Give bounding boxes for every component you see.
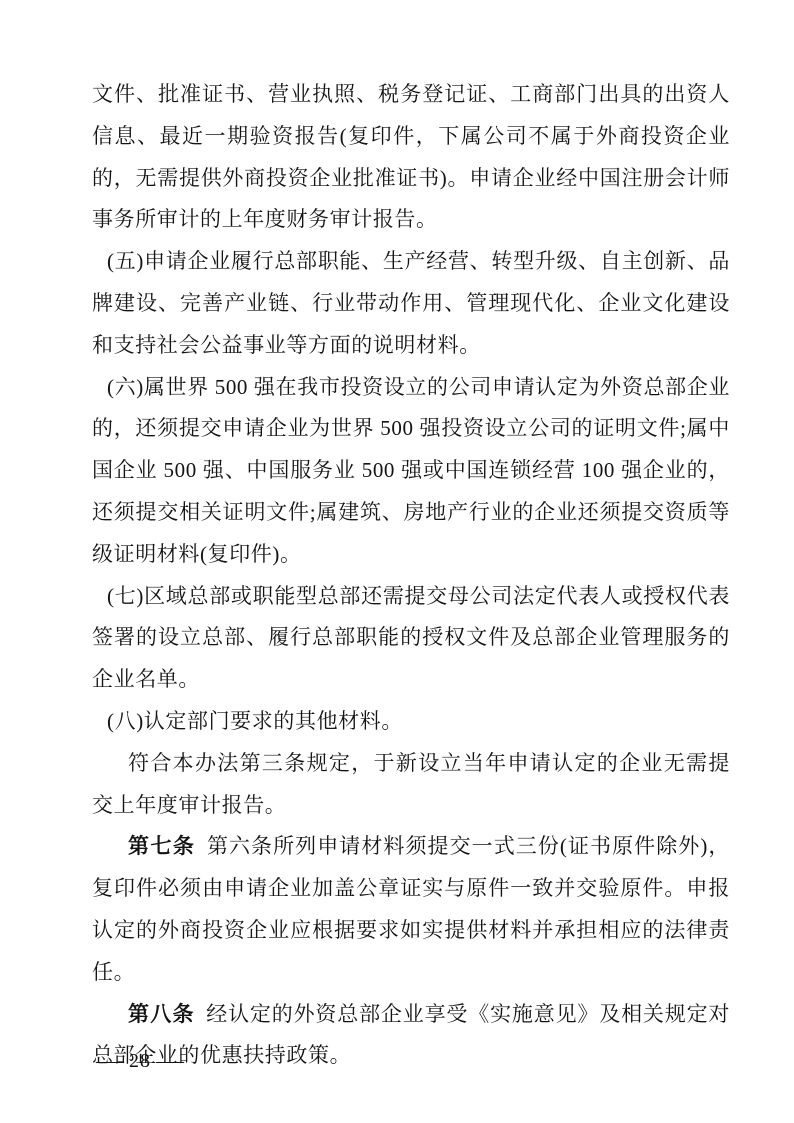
paragraph-continuation: 文件、批准证书、营业执照、税务登记证、工商部门出具的出资人信息、最近一期验资报告…	[92, 74, 730, 241]
document-body: 文件、批准证书、营业执照、税务登记证、工商部门出具的出资人信息、最近一期验资报告…	[92, 74, 730, 1077]
article-8-paragraph: 第八条经认定的外资总部企业享受《实施意见》及相关规定对总部企业的优惠扶持政策。	[92, 994, 730, 1078]
article-7-label: 第七条	[128, 835, 195, 858]
page-footer: —28—	[100, 1050, 180, 1073]
item-6-paragraph: (六)属世界 500 强在我市投资设立的公司申请认定为外资总部企业的，还须提交申…	[92, 367, 730, 576]
footer-left-dash: —	[96, 1050, 124, 1073]
article-8-label: 第八条	[128, 1003, 195, 1026]
paragraph-text: 文件、批准证书、营业执照、税务登记证、工商部门出具的出资人信息、最近一期验资报告…	[92, 82, 730, 231]
paragraph-text: (七)区域总部或职能型总部还需提交母公司法定代表人或授权代表签署的设立总部、履行…	[92, 584, 730, 692]
document-page: 文件、批准证书、营业执照、税务登记证、工商部门出具的出资人信息、最近一期验资报告…	[0, 0, 794, 1123]
note-new-enterprise-paragraph: 符合本办法第三条规定，于新设立当年申请认定的企业无需提交上年度审计报告。	[92, 743, 730, 827]
paragraph-text: (五)申请企业履行总部职能、生产经营、转型升级、自主创新、品牌建设、完善产业链、…	[92, 249, 730, 357]
paragraph-text: 符合本办法第三条规定，于新设立当年申请认定的企业无需提交上年度审计报告。	[92, 751, 730, 817]
item-7-paragraph: (七)区域总部或职能型总部还需提交母公司法定代表人或授权代表签署的设立总部、履行…	[92, 576, 730, 701]
item-5-paragraph: (五)申请企业履行总部职能、生产经营、转型升级、自主创新、品牌建设、完善产业链、…	[92, 241, 730, 366]
article-7-paragraph: 第七条第六条所列申请材料须提交一式三份(证书原件除外)，复印件必须由申请企业加盖…	[92, 826, 730, 993]
footer-right-dash: —	[156, 1050, 184, 1073]
paragraph-text: (八)认定部门要求的其他材料。	[107, 709, 403, 733]
page-number: 28	[129, 1050, 151, 1073]
item-8-paragraph: (八)认定部门要求的其他材料。	[92, 701, 730, 743]
paragraph-text: (六)属世界 500 强在我市投资设立的公司申请认定为外资总部企业的，还须提交申…	[92, 375, 730, 566]
